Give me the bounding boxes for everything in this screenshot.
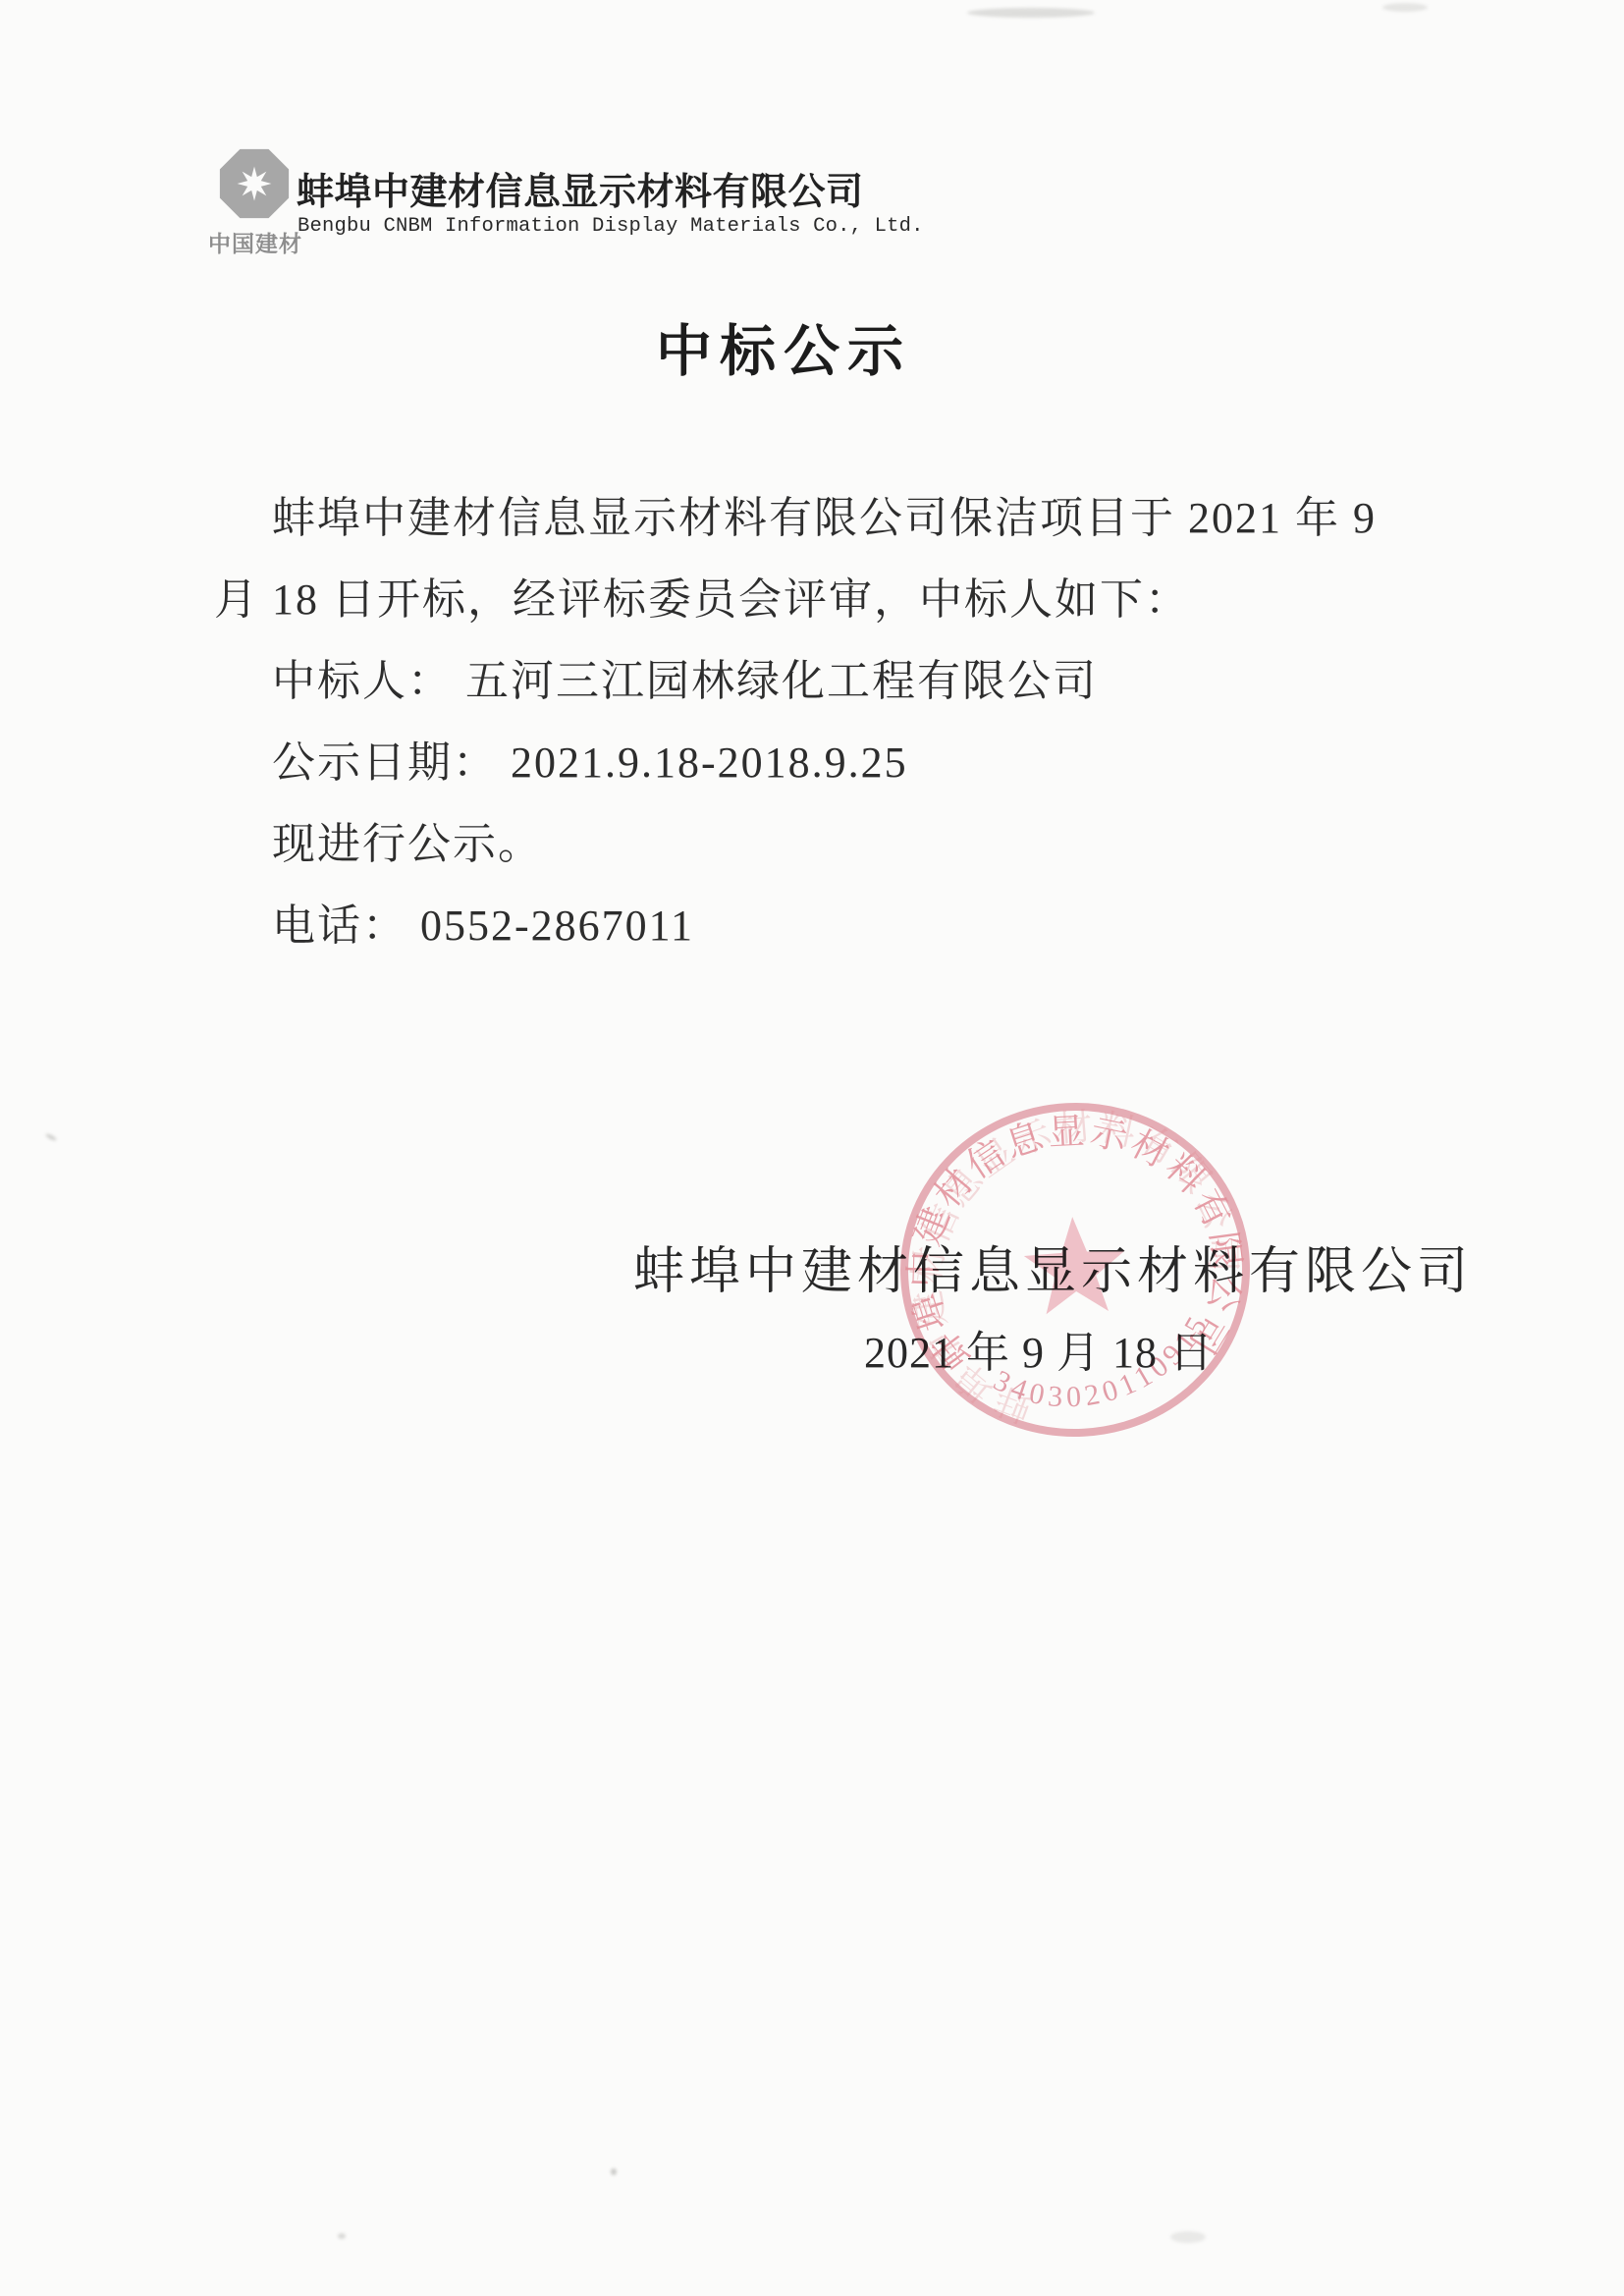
header-company-name-en: Bengbu CNBM Information Display Material… [298, 215, 924, 238]
body-line-winner: 中标人： 五河三江园林绿化工程有限公司 [214, 640, 1422, 722]
scan-artifact [611, 2168, 617, 2175]
body-line: 月 18 日开标，经评标委员会评审，中标人如下： [214, 559, 1422, 640]
scan-artifact [1382, 3, 1428, 12]
body-line-phone: 电话： 0552-2867011 [214, 885, 1422, 966]
company-seal-stamp: 蚌埠中建材信息显示材料有限公司 蚌埠中建材信息显示材料有限公司 34030201… [880, 1088, 1271, 1450]
cnbm-logo-icon [216, 145, 293, 222]
body-line-publicity-period: 公示日期： 2021.9.18-2018.9.25 [214, 722, 1422, 803]
scan-artifact [45, 1132, 57, 1141]
scanned-document-page: 中国建材 蚌埠中建材信息显示材料有限公司 Bengbu CNBM Informa… [0, 0, 1624, 2296]
scan-artifact [1170, 2231, 1206, 2243]
body-line-announcement: 现进行公示。 [214, 803, 1422, 885]
seal-star-icon [1022, 1214, 1128, 1315]
cnbm-logo-label: 中国建材 [208, 226, 302, 258]
body-line: 蚌埠中建材信息显示材料有限公司保洁项目于 2021 年 9 [214, 477, 1422, 559]
scan-artifact [338, 2233, 346, 2239]
document-title: 中标公示 [0, 306, 1624, 387]
scan-artifact [967, 8, 1095, 18]
header-company-name-cn: 蚌埠中建材信息显示材料有限公司 [297, 161, 864, 215]
document-body: 蚌埠中建材信息显示材料有限公司保洁项目于 2021 年 9 月 18 日开标，经… [214, 477, 1422, 966]
